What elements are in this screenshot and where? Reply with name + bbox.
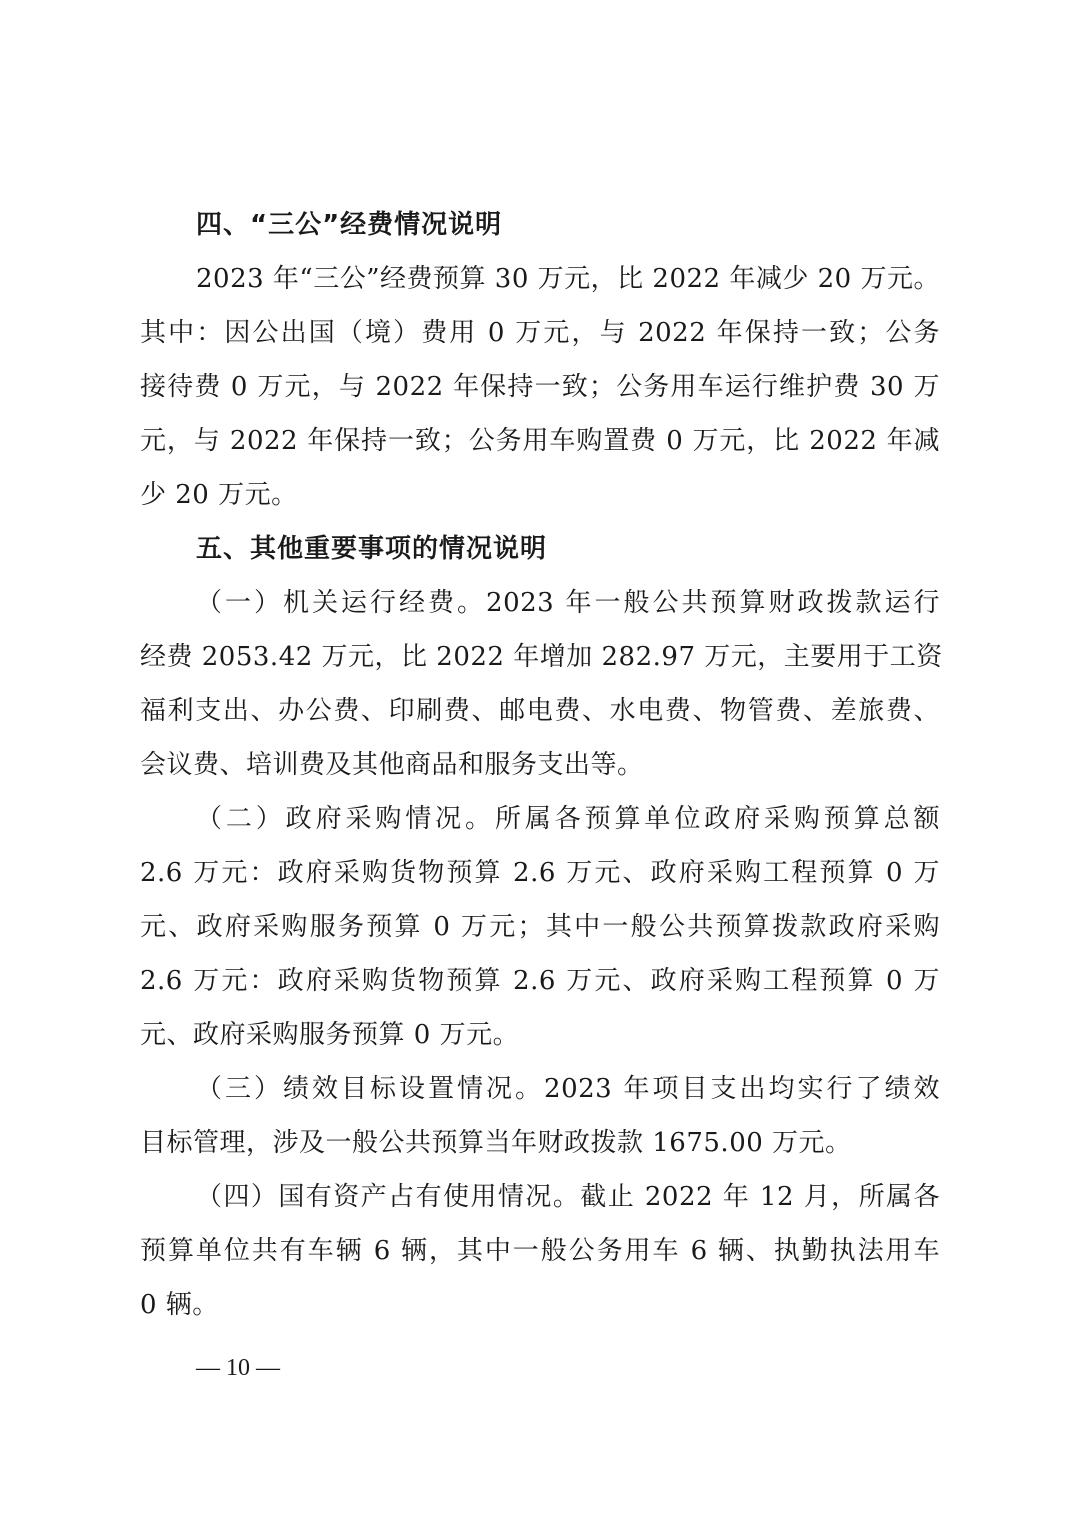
document-page: 四、“三公”经费情况说明 2023 年“三公”经费预算 30 万元，比 2022… <box>140 198 940 1332</box>
paragraph-line: 接待费 0 万元，与 2022 年保持一致；公务用车运行维护费 30 万 <box>140 360 940 414</box>
paragraph-line: 元、政府采购服务预算 0 万元；其中一般公共预算拨款政府采购 <box>140 900 940 954</box>
paragraph-line: （四）国有资产占有使用情况。截止 2022 年 12 月，所属各 <box>140 1170 940 1224</box>
paragraph-government-procurement: （二）政府采购情况。所属各预算单位政府采购预算总额 2.6 万元：政府采购货物预… <box>140 792 940 1062</box>
paragraph-line: 2.6 万元：政府采购货物预算 2.6 万元、政府采购工程预算 0 万 <box>140 846 940 900</box>
paragraph-line: 福利支出、办公费、印刷费、邮电费、水电费、物管费、差旅费、 <box>140 684 940 738</box>
paragraph-line: （三）绩效目标设置情况。2023 年项目支出均实行了绩效 <box>140 1062 940 1116</box>
paragraph-line: （一）机关运行经费。2023 年一般公共预算财政拨款运行 <box>140 576 940 630</box>
paragraph-operating-expenses: （一）机关运行经费。2023 年一般公共预算财政拨款运行 经费 2053.42 … <box>140 576 940 792</box>
paragraph-line: 其中：因公出国（境）费用 0 万元，与 2022 年保持一致；公务 <box>140 306 940 360</box>
paragraph-line: 元、政府采购服务预算 0 万元。 <box>140 1008 940 1062</box>
paragraph-line: 元，与 2022 年保持一致；公务用车购置费 0 万元，比 2022 年减 <box>140 414 940 468</box>
paragraph-sangong-budget: 2023 年“三公”经费预算 30 万元，比 2022 年减少 20 万元。 其… <box>140 252 940 522</box>
paragraph-state-assets: （四）国有资产占有使用情况。截止 2022 年 12 月，所属各 预算单位共有车… <box>140 1170 940 1332</box>
section-heading-other-matters: 五、其他重要事项的情况说明 <box>140 522 940 576</box>
page-number: — 10 — <box>196 1348 280 1388</box>
paragraph-line: 少 20 万元。 <box>140 468 940 522</box>
paragraph-line: 2.6 万元：政府采购货物预算 2.6 万元、政府采购工程预算 0 万 <box>140 954 940 1008</box>
paragraph-line: 预算单位共有车辆 6 辆，其中一般公务用车 6 辆、执勤执法用车 <box>140 1224 940 1278</box>
paragraph-line: 2023 年“三公”经费预算 30 万元，比 2022 年减少 20 万元。 <box>140 252 940 306</box>
paragraph-line: 0 辆。 <box>140 1278 940 1332</box>
paragraph-line: 经费 2053.42 万元，比 2022 年增加 282.97 万元，主要用于工… <box>140 630 940 684</box>
section-heading-sangong: 四、“三公”经费情况说明 <box>140 198 940 252</box>
paragraph-line: （二）政府采购情况。所属各预算单位政府采购预算总额 <box>140 792 940 846</box>
paragraph-performance-targets: （三）绩效目标设置情况。2023 年项目支出均实行了绩效 目标管理，涉及一般公共… <box>140 1062 940 1170</box>
paragraph-line: 会议费、培训费及其他商品和服务支出等。 <box>140 738 940 792</box>
paragraph-line: 目标管理，涉及一般公共预算当年财政拨款 1675.00 万元。 <box>140 1116 940 1170</box>
